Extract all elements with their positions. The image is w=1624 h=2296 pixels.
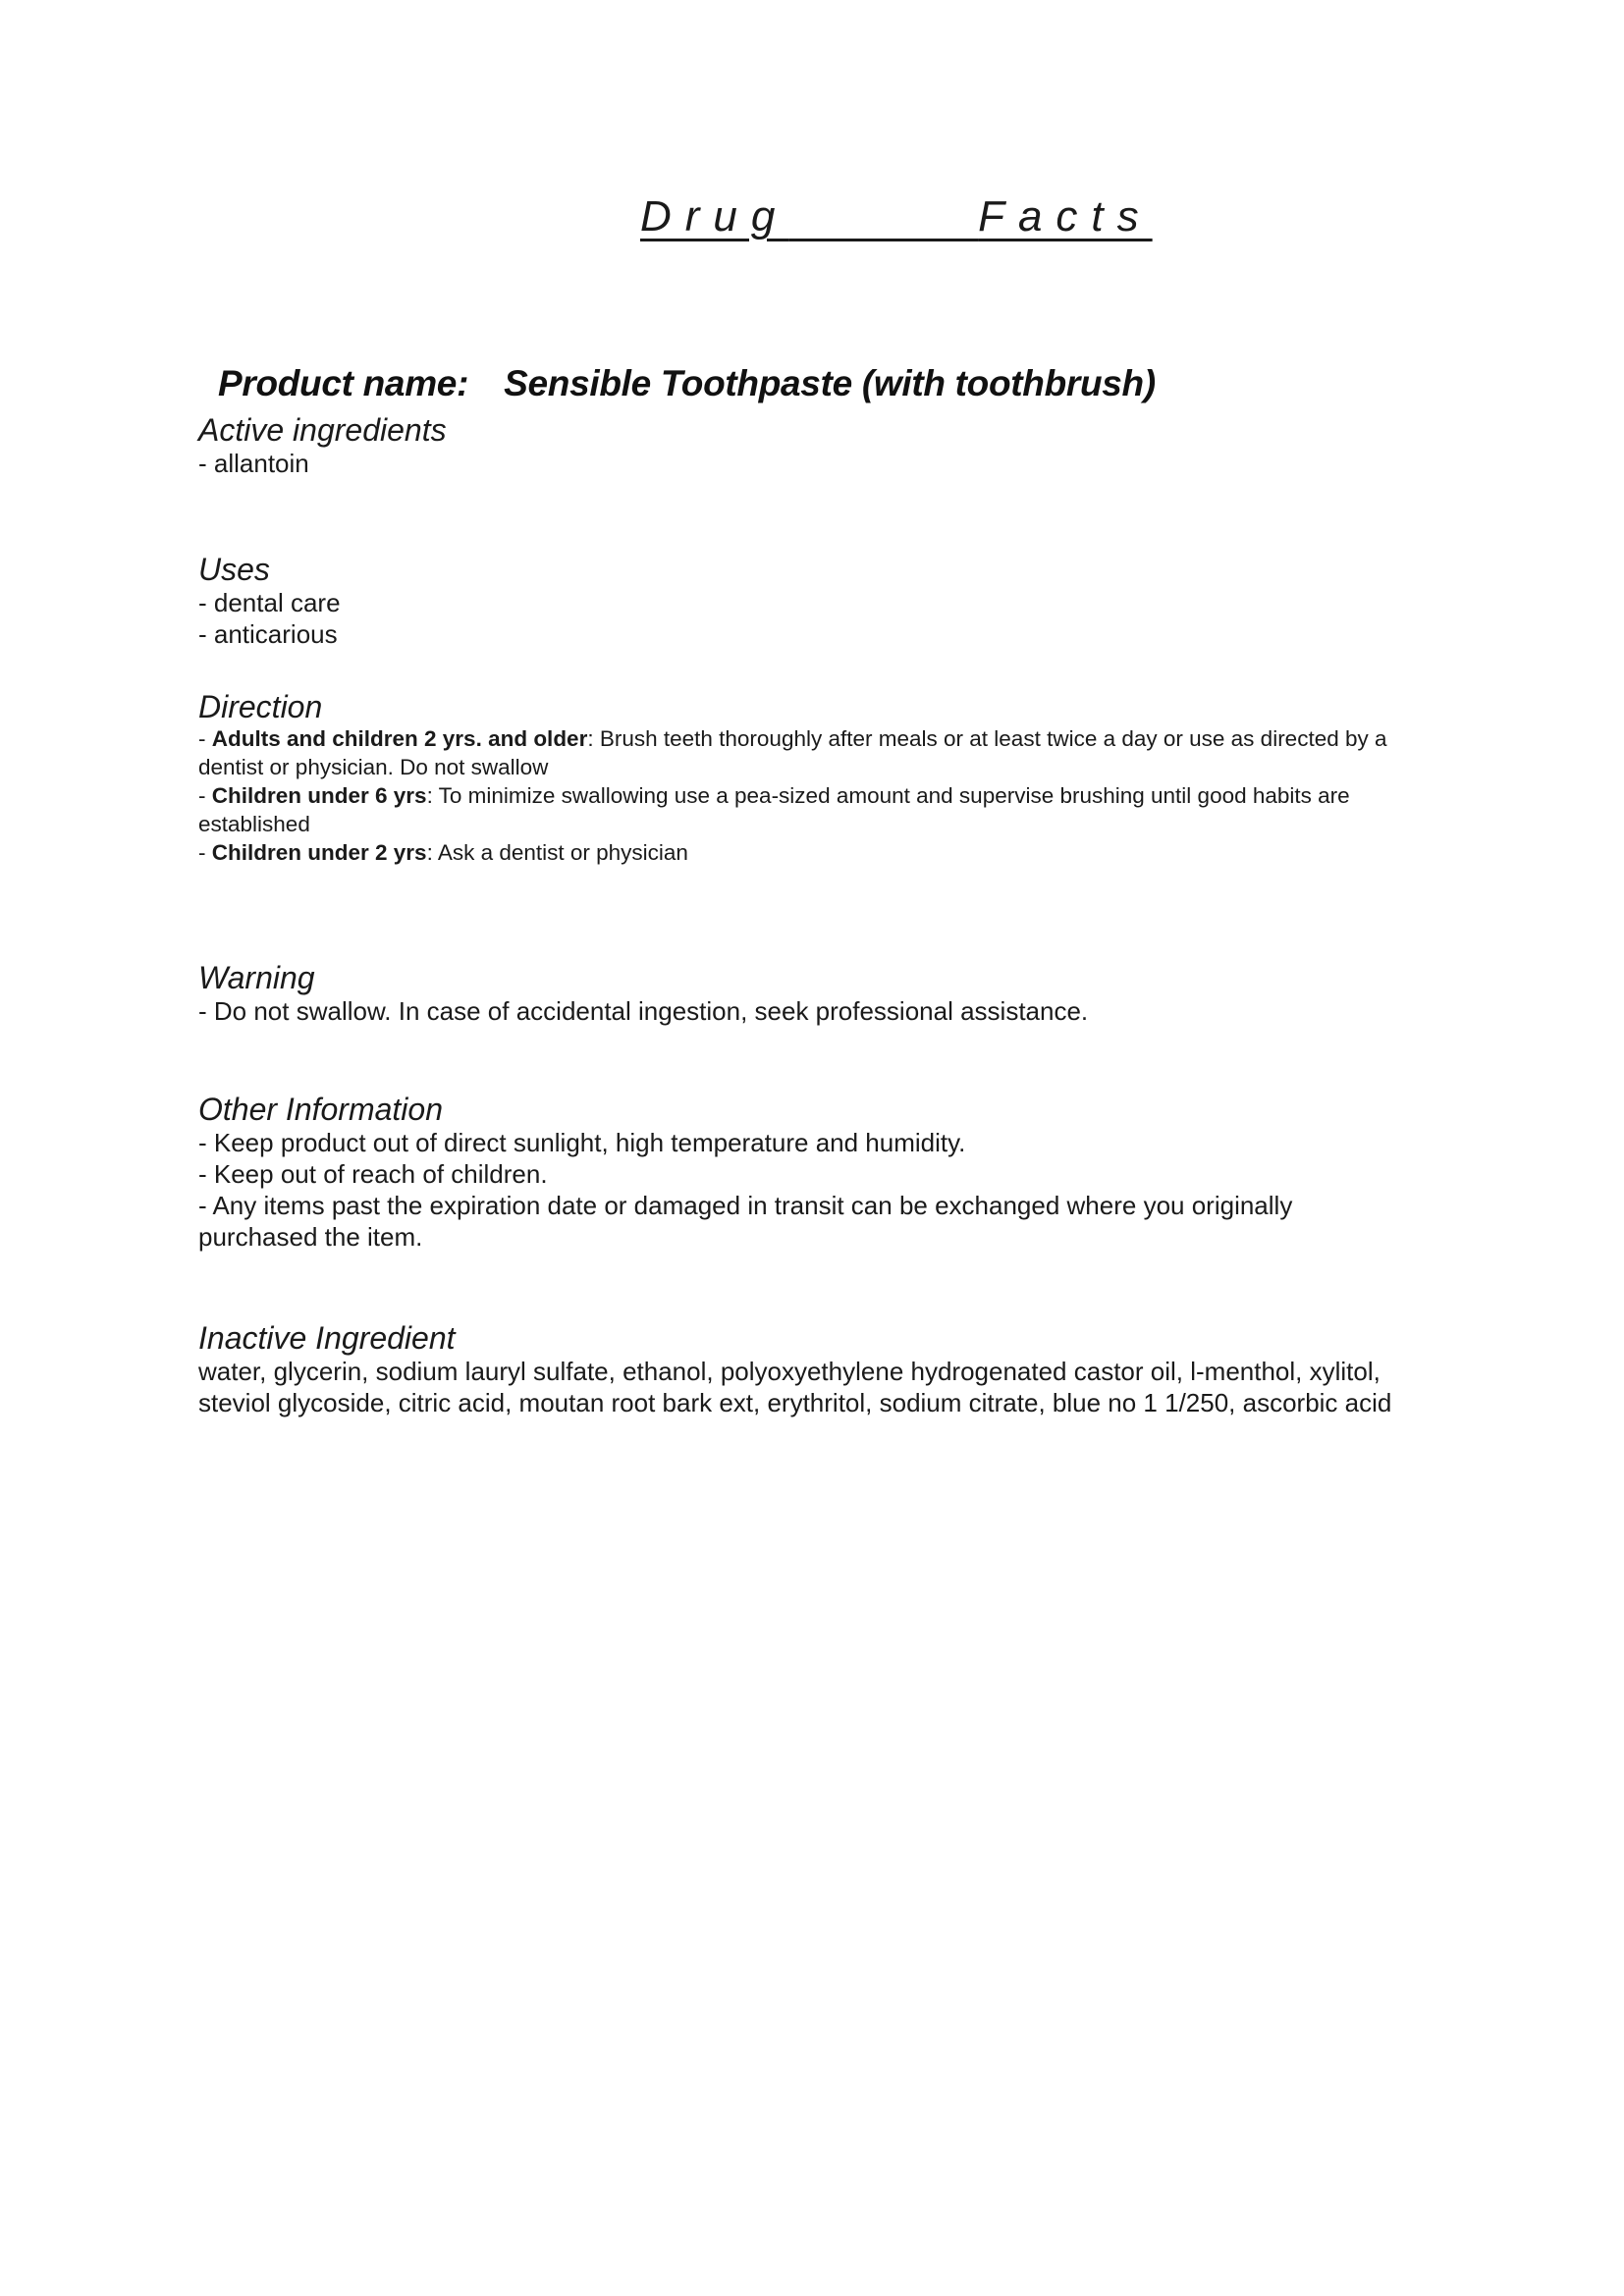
warning-item: - Do not swallow. In case of accidental … <box>198 995 1416 1027</box>
bullet-dash: - <box>198 783 212 808</box>
other-info-item: - Keep out of reach of children. <box>198 1158 1416 1190</box>
use-item: - anticarious <box>198 618 1416 650</box>
use-item: - dental care <box>198 587 1416 618</box>
direction-audience: Children under 6 yrs <box>212 783 427 808</box>
section-heading-other-information: Other Information <box>198 1092 1416 1127</box>
title-word-drug: Drug <box>640 192 788 240</box>
other-info-item: - Any items past the expiration date or … <box>198 1190 1416 1253</box>
direction-audience: Adults and children 2 yrs. and older <box>212 726 588 751</box>
section-other-information: Other Information - Keep product out of … <box>198 1092 1416 1253</box>
other-info-item: - Keep product out of direct sunlight, h… <box>198 1127 1416 1158</box>
inactive-ingredient-list: water, glycerin, sodium lauryl sulfate, … <box>198 1356 1416 1418</box>
section-direction: Direction - Adults and children 2 yrs. a… <box>198 689 1416 867</box>
section-heading-direction: Direction <box>198 689 1416 724</box>
section-active-ingredients: Active ingredients - allantoin <box>198 412 1416 479</box>
section-heading-warning: Warning <box>198 960 1416 995</box>
section-heading-active-ingredients: Active ingredients <box>198 412 1416 448</box>
section-heading-uses: Uses <box>198 552 1416 587</box>
section-heading-inactive-ingredient: Inactive Ingredient <box>198 1320 1416 1356</box>
direction-item: - Children under 2 yrs: Ask a dentist or… <box>198 838 1416 867</box>
title-word-facts: Facts <box>978 192 1153 240</box>
section-uses: Uses - dental care - anticarious <box>198 552 1416 650</box>
page-title: Drug Facts <box>640 192 1153 241</box>
bullet-dash: - <box>198 726 212 751</box>
active-ingredient-item: - allantoin <box>198 448 1416 479</box>
product-name-label: Product name: <box>218 363 468 403</box>
direction-item: - Adults and children 2 yrs. and older: … <box>198 724 1416 781</box>
product-name-row: Product name:Sensible Toothpaste (with t… <box>198 322 1156 404</box>
section-inactive-ingredient: Inactive Ingredient water, glycerin, sod… <box>198 1320 1416 1418</box>
product-name-value: Sensible Toothpaste (with toothbrush) <box>504 363 1156 403</box>
direction-item: - Children under 6 yrs: To minimize swal… <box>198 781 1416 838</box>
section-warning: Warning - Do not swallow. In case of acc… <box>198 960 1416 1027</box>
bullet-dash: - <box>198 840 212 865</box>
direction-text: : Ask a dentist or physician <box>427 840 688 865</box>
direction-audience: Children under 2 yrs <box>212 840 427 865</box>
